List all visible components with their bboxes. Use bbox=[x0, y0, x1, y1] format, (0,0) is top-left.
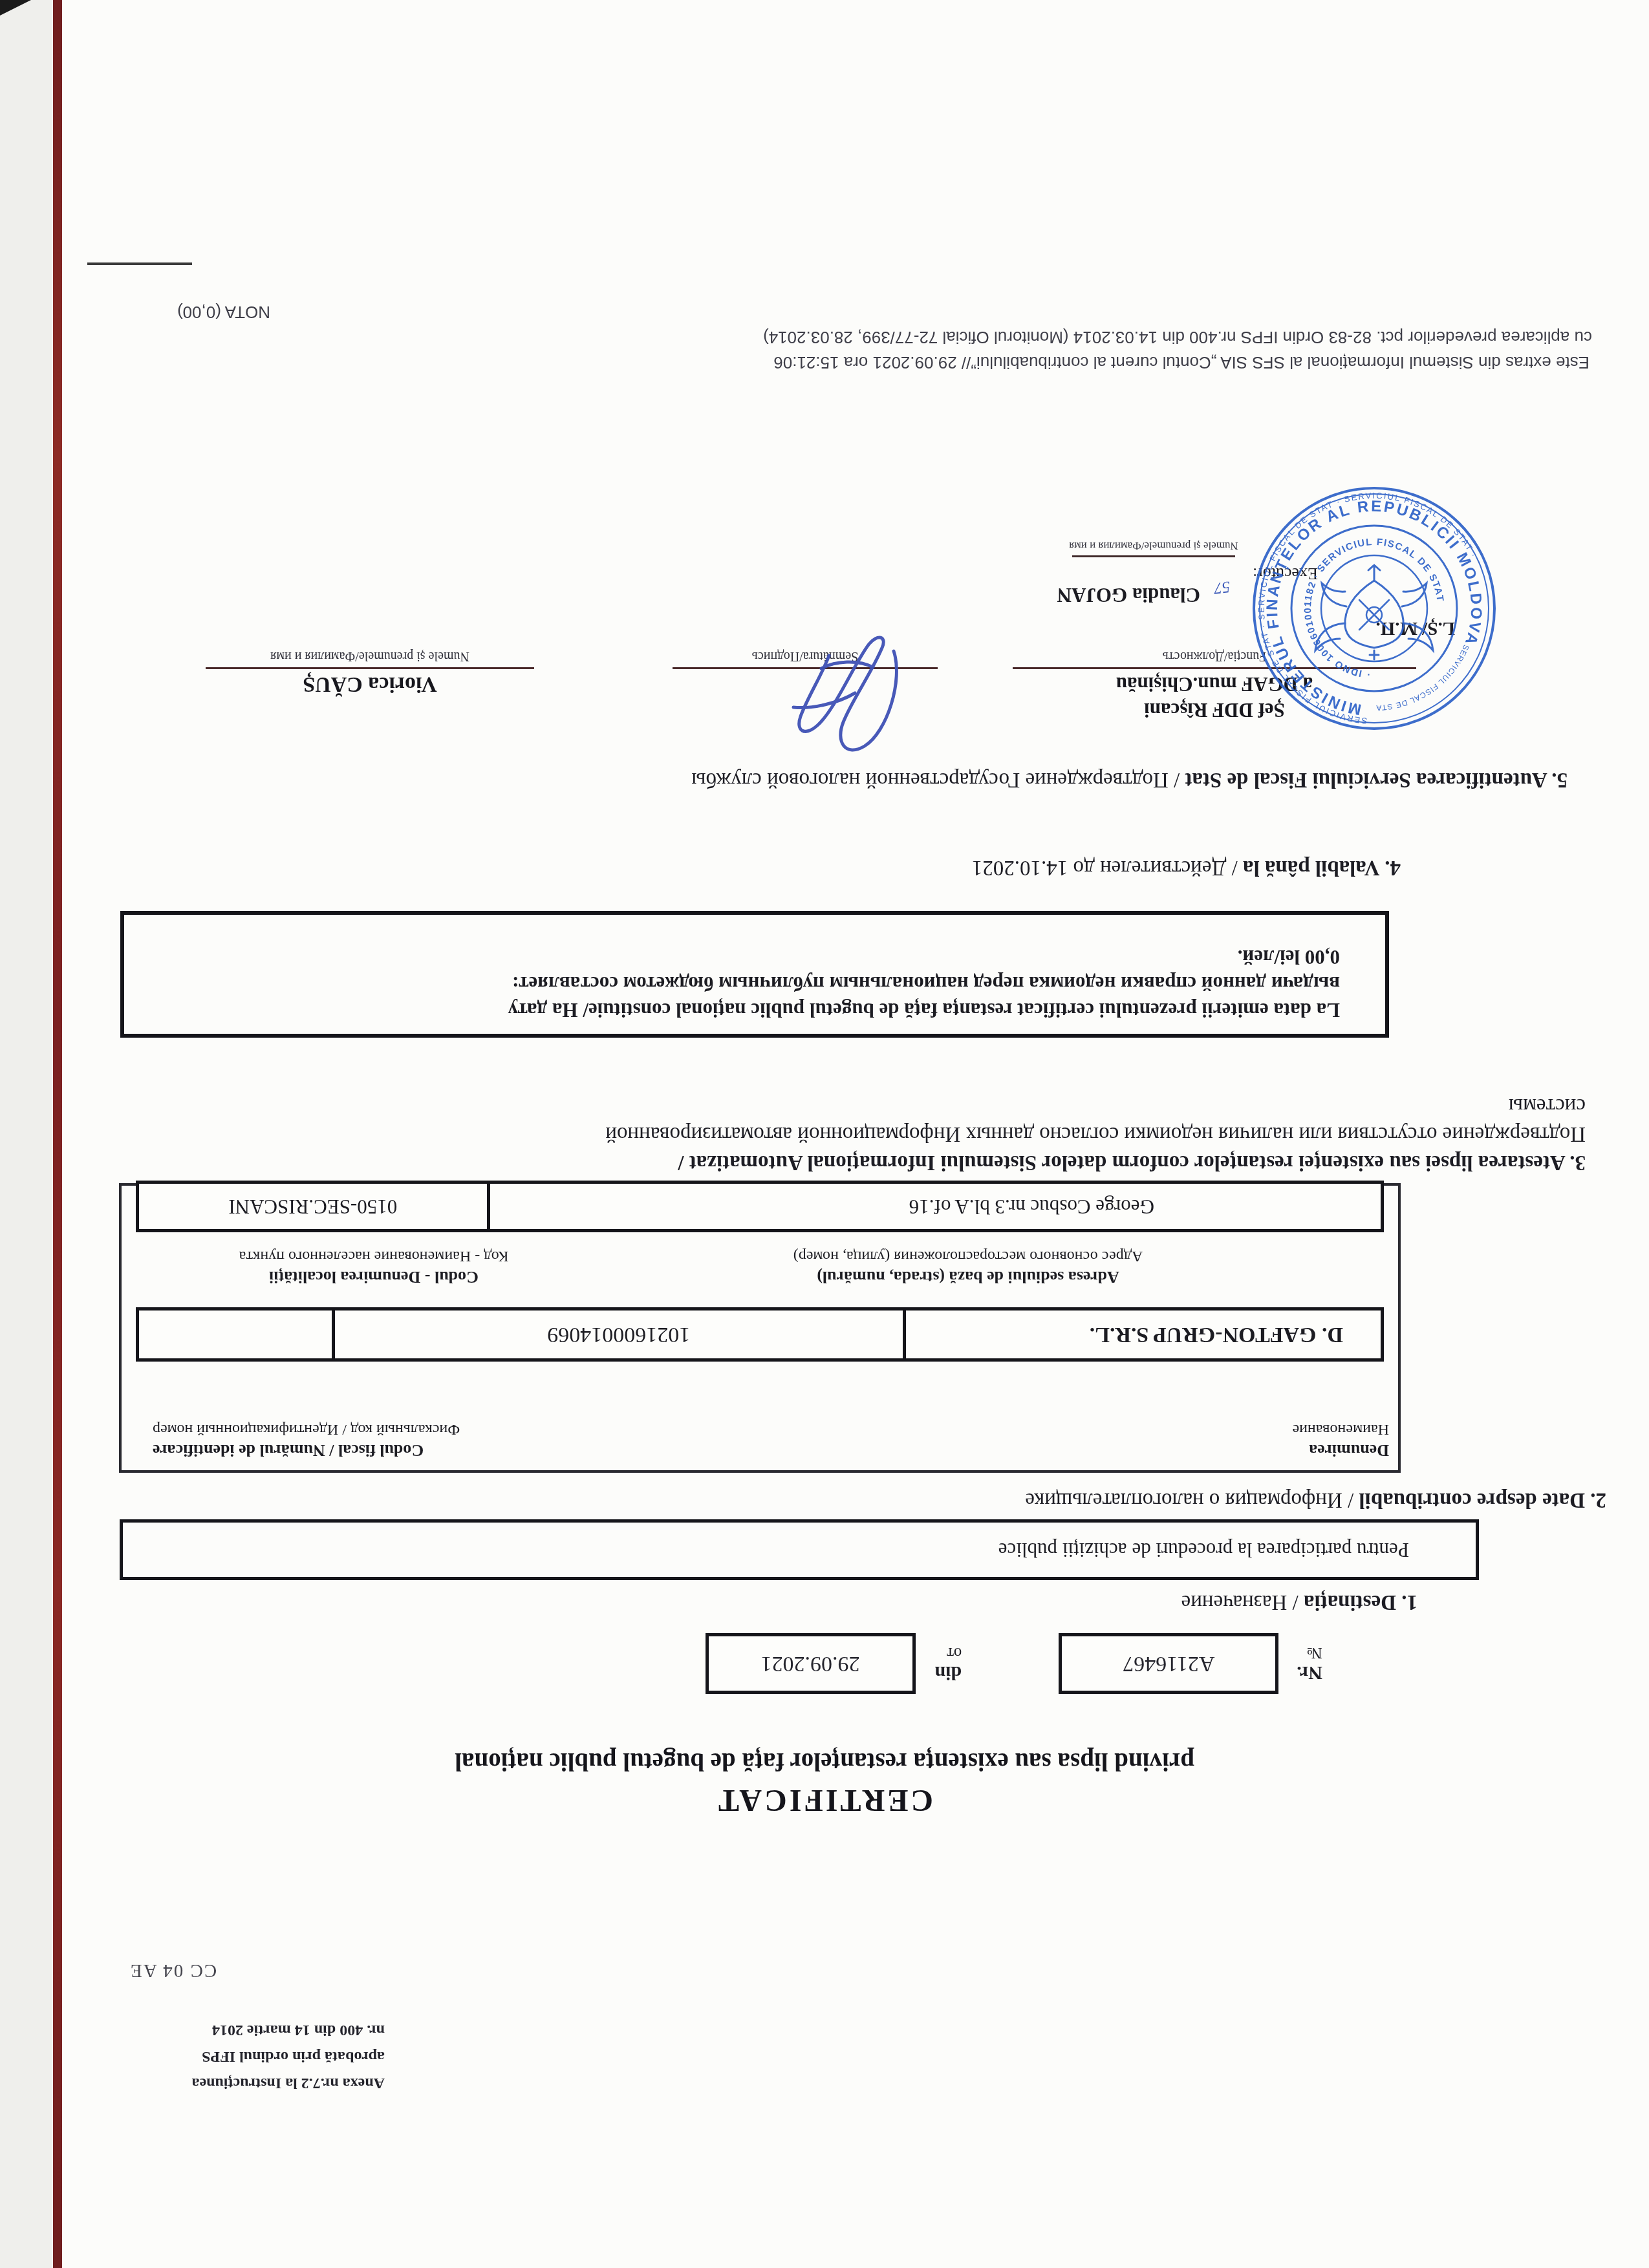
annex-line: nr. 400 din 14 martie 2014 bbox=[126, 2017, 385, 2043]
scanned-certificate-page: Anexa nr.7.2 la Instrucțiunea aprobată p… bbox=[0, 0, 1649, 2268]
footnote-line: cu aplicarea prevederilor pct. 82-83 Ord… bbox=[57, 325, 1592, 350]
fiscal-code-label: Codul fiscal / Numărul de identificare Ф… bbox=[153, 1419, 460, 1461]
certificate-date: 29.09.2021 bbox=[761, 1651, 860, 1676]
name-label: Denumirea Наименование bbox=[1292, 1419, 1389, 1461]
annex-line: aprobată prin ordinul IFPS bbox=[126, 2043, 385, 2070]
number-date-row: Nr. № A2116467 din от 29.09.2021 bbox=[706, 1633, 1322, 1694]
locality-cell: 0150-SEC.RISCANI bbox=[139, 1184, 487, 1229]
certificate-number: A2116467 bbox=[1123, 1651, 1214, 1676]
footnote-line: Este extras din Sistemul Informațional a… bbox=[57, 350, 1590, 375]
scan-edge-zone bbox=[0, 0, 52, 2268]
coat-of-arms-icon bbox=[1315, 565, 1433, 659]
certificate-number-box: A2116467 bbox=[1059, 1633, 1278, 1694]
arrears-amount: 0,00 lei/лей. bbox=[150, 944, 1340, 970]
address-cell: George Cosbuc nr.3 bl.A of.16 bbox=[487, 1184, 1381, 1229]
executor-rule bbox=[1072, 555, 1235, 557]
statement-line: выдачи данной справки недоимка перед нац… bbox=[150, 970, 1340, 997]
certificate-date-box: 29.09.2021 bbox=[706, 1633, 916, 1694]
annex-line: Anexa nr.7.2 la Instrucțiunea bbox=[126, 2070, 385, 2096]
empty-cell bbox=[139, 1311, 332, 1358]
page-subtitle: privind lipsa sau existența restanțelor … bbox=[0, 1747, 1649, 1776]
fiscal-code-cell: 1021600014069 bbox=[332, 1311, 903, 1358]
address-label: Adresa sediului de bază (strada, numărul… bbox=[700, 1246, 1236, 1288]
section1-heading: 1. Destinația / Назначение bbox=[1181, 1590, 1417, 1614]
annex-reference: Anexa nr.7.2 la Instrucțiunea aprobată p… bbox=[126, 2017, 385, 2096]
executor-name: Claudia GOJAN bbox=[1057, 583, 1200, 606]
locality-label: Codul - Denumirea localității Код - Наим… bbox=[199, 1246, 548, 1288]
section5-heading: 5. Autentificarea Serviciului Fiscal de … bbox=[691, 767, 1568, 791]
name-label: Numele și prenumele/Фамилия и имя bbox=[206, 648, 534, 663]
destination-value: Pentru participarea la proceduri de achi… bbox=[998, 1538, 1409, 1561]
din-label: din от bbox=[935, 1644, 962, 1682]
table-row: George Cosbuc nr.3 bl.A of.16 0150-SEC.R… bbox=[136, 1181, 1384, 1232]
title-block: CERTIFICAT privind lipsa sau existența r… bbox=[0, 1747, 1649, 1818]
executor-name-label: Numele și prenumele/Фамилия и имя bbox=[1046, 539, 1261, 552]
scan-edge-stripe bbox=[53, 0, 62, 2268]
document-sheet: Anexa nr.7.2 la Instrucțiunea aprobată p… bbox=[0, 0, 1649, 2268]
taxpayer-name-cell: D. GAFTON-GRUP S.R.L. bbox=[903, 1311, 1381, 1358]
fiscal-service-stamp-icon: SERVICIUL FISCAL DE STAT · SERVICIUL FIS… bbox=[1249, 484, 1499, 733]
taxpayer-table: Denumirea Наименование Codul fiscal / Nu… bbox=[119, 1183, 1401, 1473]
signature-ink-icon bbox=[726, 622, 932, 771]
footnote-nota: NOTA (0,00) bbox=[57, 299, 270, 325]
executor-code: 57 bbox=[1212, 577, 1231, 597]
section4-heading: 4. Valabil până la / Действителен до 14.… bbox=[972, 855, 1401, 879]
form-code: CC 04 AE bbox=[129, 1960, 217, 1981]
footnote-rule bbox=[87, 262, 192, 265]
arrears-statement-box: La data emiterii prezentului certificat … bbox=[120, 911, 1389, 1038]
destination-value-box: Pentru participarea la proceduri de achi… bbox=[120, 1519, 1479, 1580]
page-title: CERTIFICAT bbox=[0, 1782, 1649, 1818]
nr-label: Nr. № bbox=[1297, 1644, 1322, 1682]
section2-heading: 2. Date despre contribuabil / Информация… bbox=[1025, 1488, 1606, 1512]
signature-rule bbox=[206, 667, 534, 669]
signer-name: Viorica CĂUȘ bbox=[206, 671, 534, 734]
footnote: Este extras din Sistemul Informațional a… bbox=[57, 299, 1590, 375]
section3-heading: 3. Atestarea lipsei sau existenței resta… bbox=[605, 1091, 1586, 1177]
signature-name-column: Viorica CĂUȘ Numele și prenumele/Фамилия… bbox=[206, 648, 534, 734]
table-row: D. GAFTON-GRUP S.R.L. 1021600014069 bbox=[136, 1307, 1384, 1362]
statement-line: La data emiterii prezentului certificat … bbox=[150, 997, 1340, 1023]
